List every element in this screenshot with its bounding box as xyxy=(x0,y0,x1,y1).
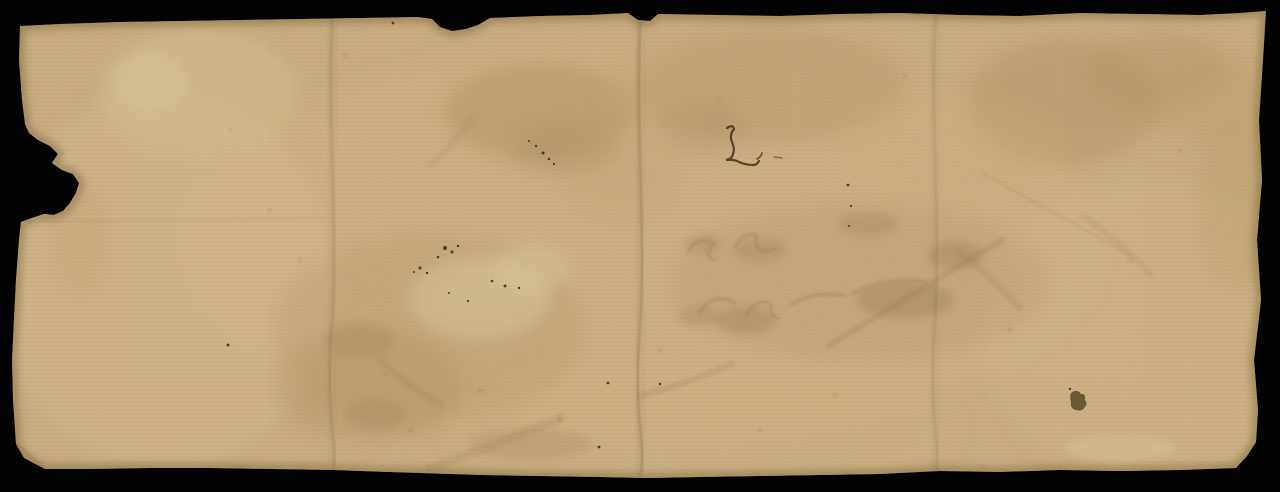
paper-surface xyxy=(0,0,1280,492)
scanned-paper-image xyxy=(0,0,1280,492)
scanner-background xyxy=(0,0,1280,492)
paper-grain-noise xyxy=(0,0,1280,492)
